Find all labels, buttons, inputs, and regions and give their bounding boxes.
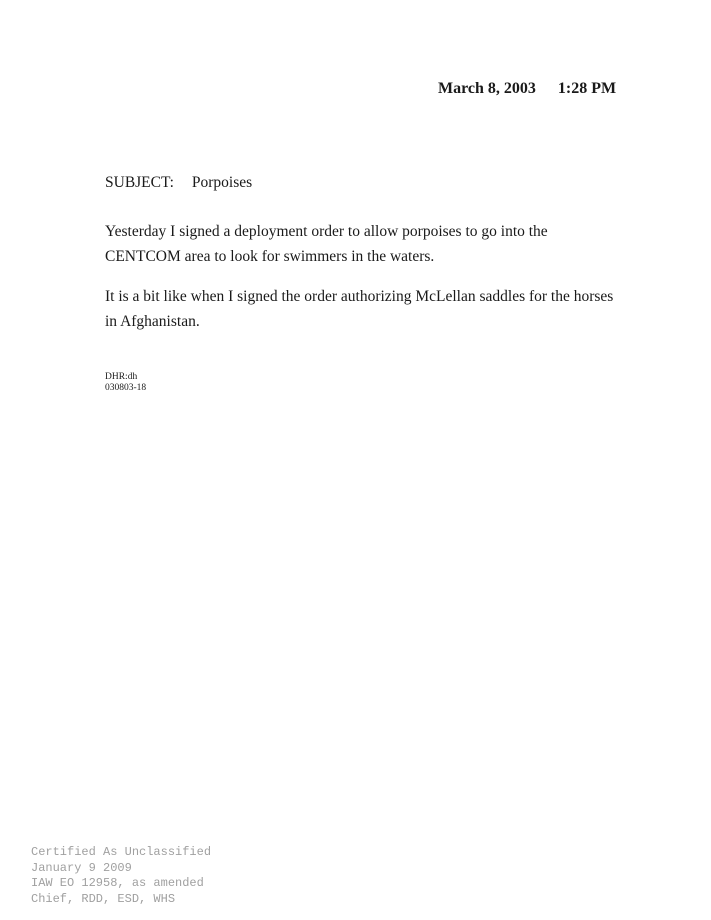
paragraph-line: Yesterday I signed a deployment order to… <box>105 219 625 244</box>
certification-stamp: Certified As Unclassified January 9 2009… <box>31 845 211 907</box>
memo-date: March 8, 2003 <box>438 80 536 97</box>
subject-label: SUBJECT: <box>105 174 174 191</box>
body-paragraph-2: It is a bit like when I signed the order… <box>105 284 625 334</box>
document-number: 030803-18 <box>105 383 146 394</box>
cert-line: Chief, RDD, ESD, WHS <box>31 892 211 908</box>
paragraph-line: in Afghanistan. <box>105 309 625 334</box>
memo-datetime: March 8, 2003 1:28 PM <box>438 80 616 98</box>
memo-subject: SUBJECT: Porpoises <box>105 174 252 192</box>
cert-line: Certified As Unclassified <box>31 845 211 861</box>
subject-value: Porpoises <box>192 174 252 191</box>
paragraph-line: CENTCOM area to look for swimmers in the… <box>105 244 625 269</box>
paragraph-line: It is a bit like when I signed the order… <box>105 284 625 309</box>
body-paragraph-1: Yesterday I signed a deployment order to… <box>105 219 625 269</box>
memo-time: 1:28 PM <box>558 80 616 97</box>
cert-line: IAW EO 12958, as amended <box>31 876 211 892</box>
cert-line: January 9 2009 <box>31 861 211 877</box>
reference-block: DHR:dh 030803-18 <box>105 372 146 394</box>
author-initials: DHR:dh <box>105 372 146 383</box>
